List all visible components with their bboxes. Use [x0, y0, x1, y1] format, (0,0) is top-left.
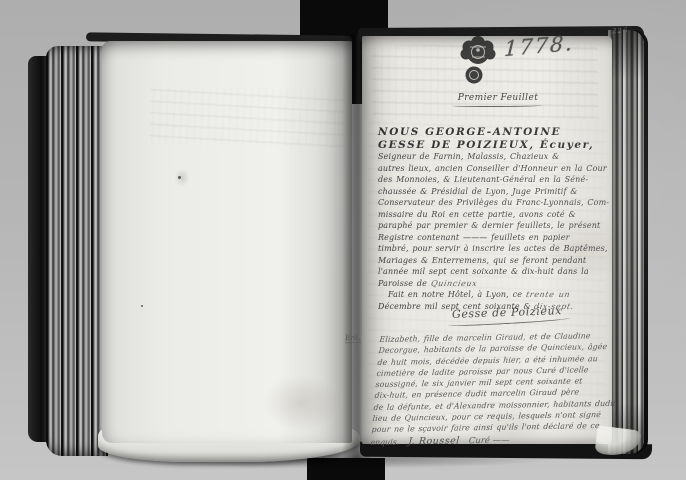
- act-line: l'année mil sept cent soixante & dix-hui…: [378, 266, 611, 278]
- burial-act: Elizabeth, fille de marcelin Giraud, et …: [370, 330, 636, 448]
- paper-speck: [141, 305, 143, 307]
- left-page-edge-stack: [46, 46, 108, 456]
- act-parish-line: Paroisse de Quincieux: [378, 278, 611, 290]
- act-line: des Monnoies, & Lieutenant-Général en la…: [378, 174, 611, 186]
- act-line: missaire du Roi en cette partie, avons c…: [378, 209, 611, 221]
- register-opening-act: NOUS GEORGE-ANTOINE GESSE DE POIZIEUX, É…: [378, 126, 611, 312]
- closing-printed-text: Fait en notre Hôtel, à Lyon, ce: [388, 290, 522, 299]
- closing-handwritten-fill: trente un: [525, 289, 571, 301]
- cure-signature: J. Roussel: [408, 435, 461, 447]
- blank-verso-page: [102, 41, 352, 443]
- first-leaf-heading-text: Premier Feuillet: [458, 93, 538, 103]
- burial-margin-note: Ent.: [345, 333, 361, 344]
- act-line: Registre contenant ——— feuillets en papi…: [378, 232, 611, 244]
- parish-printed-text: Paroisse de: [378, 279, 427, 288]
- heading-underline-flourish: [452, 104, 544, 107]
- archival-photo: 1778. 226 Premier Feuillet NOUS GEORGE-A…: [0, 0, 686, 480]
- fiscal-stamp-icon: [456, 35, 500, 87]
- act-caps-line: GESSE DE POIZIEUX, Écuyer,: [378, 139, 611, 152]
- act-line: paraphé par premier & dernier feuillets,…: [378, 220, 611, 232]
- act-line: autres lieux, ancien Conseiller d'Honneu…: [378, 163, 611, 175]
- act-line: chaussée & Présidial de Lyon, Juge Primi…: [378, 186, 611, 198]
- cure-title: Curé ——: [468, 435, 510, 446]
- act-line: Mariages & Enterremens, qui se feront pe…: [378, 255, 611, 267]
- act-line: timbré, pour servir à inscrire les actes…: [378, 243, 611, 255]
- act-line: Conservateur des Privilèges du Franc-Lyo…: [378, 197, 611, 209]
- folio-number: 226: [612, 27, 629, 36]
- parish-handwritten-fill: Quincieux: [430, 278, 478, 290]
- paper-speck: [178, 176, 181, 179]
- act-closing-line: Fait en notre Hôtel, à Lyon, ce trente u…: [378, 289, 611, 301]
- act-caps-line: NOUS GEORGE-ANTOINE: [378, 126, 611, 139]
- act-line: Seigneur de Farnin, Malassis, Chazieux &: [378, 151, 611, 163]
- burial-closing-word: enquis.: [370, 437, 399, 446]
- lieutenant-general-signature: Gesse de Poizieux: [452, 304, 563, 326]
- first-leaf-heading: Premier Feuillet: [438, 93, 558, 107]
